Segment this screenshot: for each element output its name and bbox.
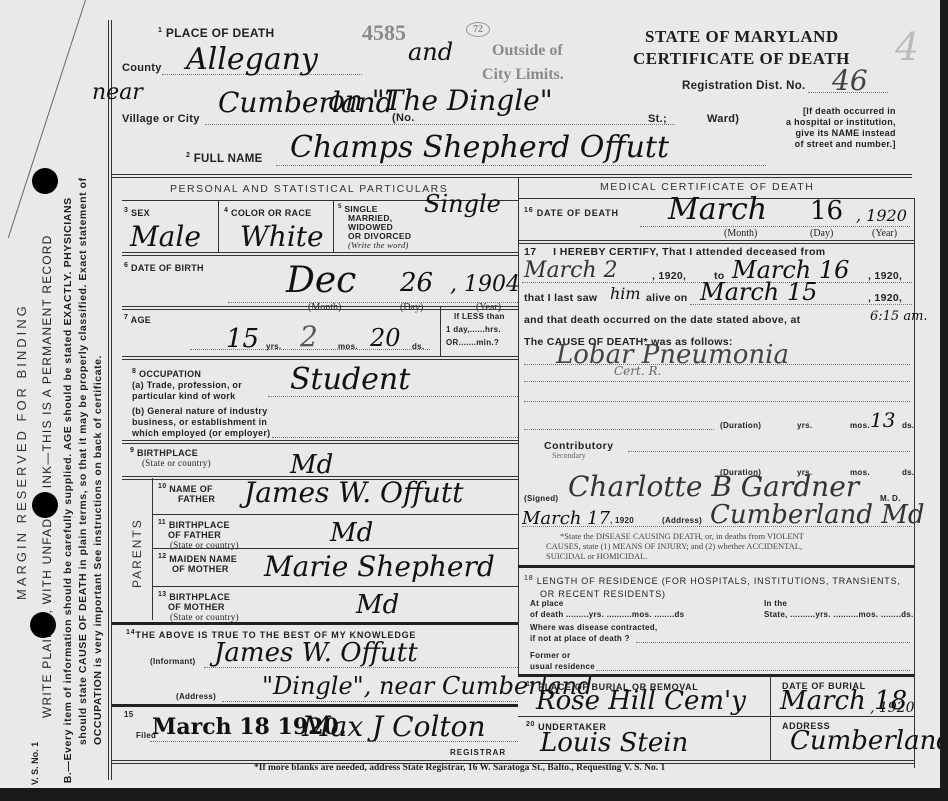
last-saw-line <box>690 304 912 305</box>
state-title: STATE OF MARYLAND <box>645 27 839 47</box>
section-divider-top <box>112 174 912 178</box>
father-value: James W. Offutt <box>244 476 463 509</box>
medical-footnote: *State the DISEASE CAUSING DEATH, or, in… <box>546 531 804 561</box>
full-name-value: Champs Shepherd Offutt <box>290 130 669 165</box>
signed-label: (Signed) <box>524 494 558 503</box>
dod-month-caption: (Month) <box>724 228 757 239</box>
dod-label: 16 DATE OF DEATH <box>524 207 619 218</box>
informant-value: James W. Offutt <box>214 638 418 668</box>
secondary-label: Secondary <box>552 451 586 460</box>
dod-day: 16 <box>810 196 843 226</box>
margin-nb-line-1: N B.—Every item of information should be… <box>62 197 74 788</box>
alive-on-label: alive on <box>646 292 688 304</box>
dod-day-caption: (Day) <box>810 228 833 239</box>
row-line <box>518 565 914 568</box>
row-line <box>152 586 518 587</box>
parents-col-line <box>152 478 153 620</box>
race-value: White <box>240 220 324 253</box>
county-label: County <box>122 62 162 74</box>
duration-days: 13 <box>870 408 895 432</box>
age-mos-label: mos. <box>338 342 358 351</box>
parents-side-label: PARENTS <box>130 518 144 588</box>
duration-ds-2: ds. <box>902 468 914 477</box>
row-line <box>112 622 518 625</box>
last-saw-pronoun: him <box>610 284 641 303</box>
informant-address-label: (Address) <box>176 692 216 701</box>
dob-label: 6 DATE OF BIRTH <box>124 262 204 273</box>
birthplace-label: 9 BIRTHPLACE (State or country) <box>130 446 211 468</box>
father-birthplace-value: Md <box>330 518 373 548</box>
sex-value: Male <box>130 220 201 253</box>
cause-line-4 <box>524 429 714 430</box>
mother-birthplace-label: 13 BIRTHPLACE OF MOTHER (State or countr… <box>158 590 239 622</box>
registration-label: Registration Dist. No. <box>682 80 806 92</box>
father-birthplace-label: 11 BIRTHPLACE OF FATHER (State or countr… <box>158 518 239 550</box>
row-line <box>152 548 518 549</box>
row-line <box>122 252 518 256</box>
row-line <box>122 356 518 360</box>
signed-year: , 1920 <box>610 516 634 525</box>
footer-note: *If more blanks are needed, address Stat… <box>254 763 665 773</box>
row-line <box>152 514 518 515</box>
row-line <box>518 716 914 717</box>
age-label: 7 AGE <box>124 314 151 325</box>
row-line <box>112 704 518 707</box>
row-line <box>518 674 914 677</box>
stamped-circle: 72 <box>466 22 490 37</box>
cause-value: Lobar Pneumonia <box>556 340 789 370</box>
punch-hole-middle <box>32 492 58 518</box>
cause-note: Cert. R. <box>614 364 661 378</box>
mother-label: 12 MAIDEN NAME OF MOTHER <box>158 552 237 574</box>
father-label: 10 NAME OF FATHER <box>158 482 215 504</box>
burial-col-line <box>770 676 771 760</box>
marital-label: 5 SINGLE MARRIED, WIDOWED OR DIVORCED (W… <box>338 203 411 250</box>
corner-mark: 4 <box>895 25 919 69</box>
last-saw-date: March 15 <box>700 278 817 306</box>
attended-to-year: , 1920, <box>868 270 902 282</box>
medical-address-label: (Address) <box>662 516 702 525</box>
mother-birthplace-value: Md <box>356 590 399 620</box>
stamped-number: 4585 <box>362 20 406 46</box>
residence-heading: 18 LENGTH OF RESIDENCE (FOR HOSPITALS, I… <box>524 572 901 601</box>
dob-day: 26 <box>400 268 433 298</box>
cause-line-1 <box>524 364 910 365</box>
residence-former: Former or usual residence <box>530 650 595 672</box>
punch-hole-top <box>32 168 58 194</box>
street-value: on "The Dingle" <box>328 84 553 117</box>
signed-line <box>522 526 912 527</box>
undertaker-address-value: Cumberland <box>790 726 940 756</box>
village-label: Village or City <box>122 113 200 125</box>
county-value: Allegany <box>186 42 318 77</box>
full-name-line <box>276 165 766 166</box>
row-line <box>518 240 914 244</box>
duration-ds: ds. <box>902 421 914 430</box>
burial-date-year: , 1920 <box>870 700 915 716</box>
dod-year: , 1920 <box>856 206 907 225</box>
personal-heading: PERSONAL AND STATISTICAL PARTICULARS <box>170 183 448 195</box>
certificate-title: CERTIFICATE OF DEATH <box>633 49 850 69</box>
marital-value: Single <box>424 190 501 218</box>
last-saw-year: , 1920, <box>868 292 902 304</box>
less-than-note: If LESS than 1 day,......hrs. OR.......m… <box>446 310 505 349</box>
last-saw-label: that I last saw <box>524 292 597 304</box>
full-name-label: 2 FULL NAME <box>186 152 263 165</box>
dob-line <box>228 302 518 303</box>
stamp-city-limits: City Limits. <box>482 66 564 84</box>
attended-from: March 2 <box>524 258 618 283</box>
signed-value: Charlotte B Gardner <box>568 470 859 503</box>
col-line <box>218 200 219 252</box>
col-line <box>333 200 334 252</box>
sex-label: 3 SEX <box>124 207 150 218</box>
registrar-value: Max J Colton <box>302 710 486 743</box>
punch-hole-lower <box>30 612 56 638</box>
filed-line <box>150 741 518 742</box>
left-border <box>108 20 112 780</box>
age-months: 2 <box>300 320 318 353</box>
margin-write-plainly-text: WRITE PLAINLY, WITH UNFADING INK—THIS IS… <box>40 234 54 718</box>
margin-nb-line-2: should state CAUSE OF DEATH in plain ter… <box>77 177 89 745</box>
st-label: St.; <box>648 113 667 125</box>
village-prefix: near <box>92 80 143 105</box>
duration-mos: mos. <box>850 421 870 430</box>
occupation-b-line <box>272 437 518 438</box>
ward-label: Ward) <box>707 113 739 125</box>
age-ds-label: ds. <box>412 342 424 351</box>
form-number: V. S. No. 1 <box>30 742 40 785</box>
burial-place-value: Rose Hill Cem'y <box>536 686 746 716</box>
filed-num: 15 <box>124 710 134 719</box>
place-of-death-heading: 1 PLACE OF DEATH <box>158 26 275 40</box>
dob-month: Dec <box>286 260 356 301</box>
dob-year: , 1904 <box>450 272 520 297</box>
residence-in-state: In the State, ..........yrs. ..........m… <box>764 598 914 620</box>
age-days: 20 <box>370 324 401 352</box>
duration-yrs: yrs. <box>797 421 812 430</box>
residence-at-place: At place of death .........yrs. ........… <box>530 598 684 620</box>
death-occurred-text: and that death occurred on the date stat… <box>524 314 800 326</box>
registrar-label: REGISTRAR <box>450 748 506 757</box>
contributory-line <box>628 451 910 452</box>
stamp-outside: Outside of <box>492 42 563 60</box>
center-divider <box>518 178 519 676</box>
former-line <box>596 670 910 671</box>
margin-nb-line-3: OCCUPATION is very important See instruc… <box>92 355 104 745</box>
dod-month: March <box>668 192 767 227</box>
cause-line-3 <box>524 401 910 402</box>
residence-contracted: Where was disease contracted, if not at … <box>530 622 657 644</box>
occupation-value: Student <box>290 362 410 397</box>
right-border <box>914 198 915 768</box>
diagonal-pen-stroke <box>8 0 86 238</box>
dod-year-caption: (Year) <box>872 228 897 239</box>
informant-label: (Informant) <box>150 657 196 666</box>
registration-value: 46 <box>832 64 868 97</box>
age-years: 15 <box>226 324 259 354</box>
row-line <box>122 440 518 444</box>
margin-reserved-text: MARGIN RESERVED FOR BINDING <box>14 303 29 600</box>
village-extra: and <box>408 38 453 66</box>
col-line <box>440 306 441 356</box>
duration-label: (Duration) <box>720 421 761 430</box>
hospital-note: [If death occurred in a hospital or inst… <box>786 106 896 150</box>
occupation-label: 8 OCCUPATION (a) Trade, profession, or p… <box>132 366 270 439</box>
age-yrs-label: yrs. <box>266 342 281 351</box>
undertaker-value: Louis Stein <box>540 728 688 758</box>
cause-line-2 <box>524 381 910 382</box>
death-certificate: MARGIN RESERVED FOR BINDING WRITE PLAINL… <box>0 0 940 788</box>
mother-value: Marie Shepherd <box>264 550 495 583</box>
informant-address-line <box>222 701 518 702</box>
race-label: 4 COLOR OR RACE <box>224 207 311 218</box>
village-line <box>205 124 675 125</box>
death-time: 6:15 am. <box>870 309 928 324</box>
contracted-line <box>636 642 910 643</box>
attended-from-year: , 1920, <box>652 270 686 282</box>
